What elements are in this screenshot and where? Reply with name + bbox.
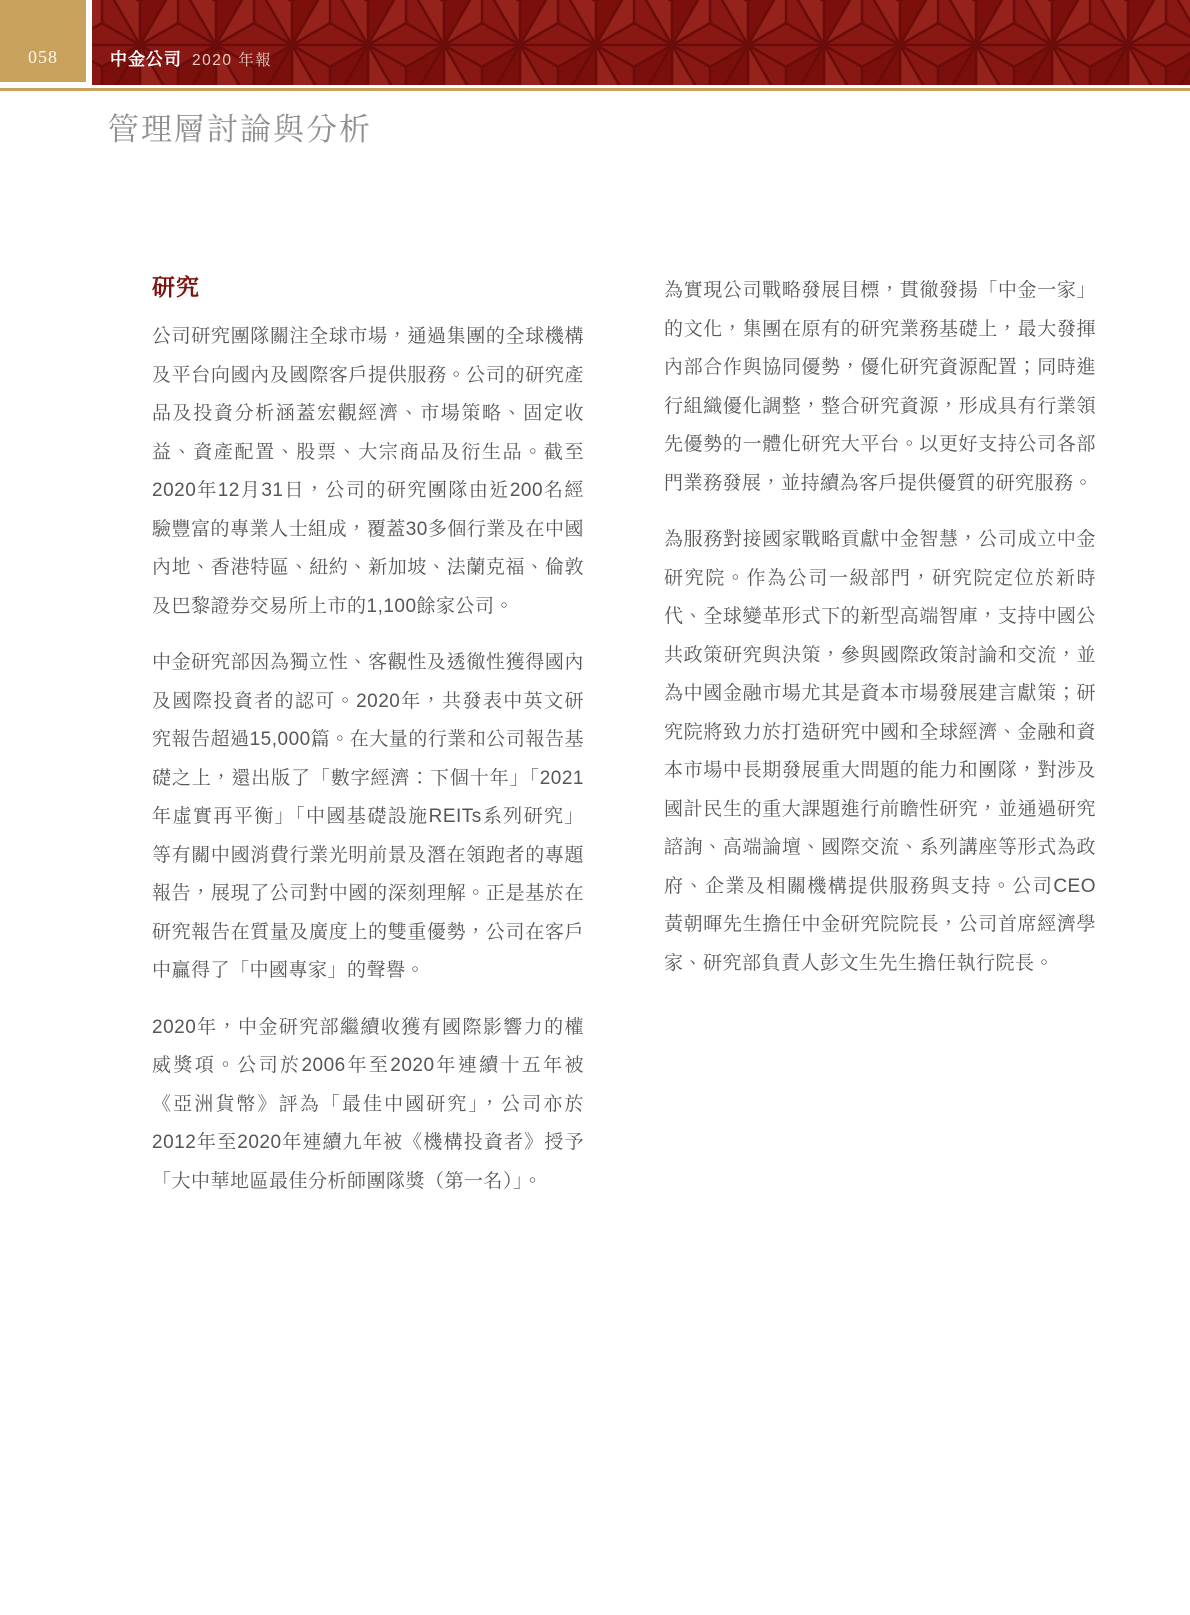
left-column: 研究 公司研究團隊關注全球市場，通過集團的全球機構及平台向國內及國際客戶提供服務… (152, 272, 584, 1219)
body-paragraph: 為服務對接國家戰略貢獻中金智慧，公司成立中金研究院。作為公司一級部門，研究院定位… (664, 521, 1096, 983)
right-column: 為實現公司戰略發展目標，貫徹發揚「中金一家」的文化，集團在原有的研究業務基礎上，… (664, 272, 1096, 1001)
header-band: 中金公司2020 年報 (92, 0, 1190, 85)
annual-report-page: 058 (0, 0, 1190, 1615)
section-heading-research: 研究 (152, 272, 584, 302)
body-paragraph: 2020年，中金研究部繼續收獲有國際影響力的權威獎項。公司於2006年至2020… (152, 1009, 584, 1202)
page-title: 管理層討論與分析 (108, 104, 372, 149)
header-band-label: 中金公司2020 年報 (110, 45, 272, 70)
header-divider (0, 88, 1190, 91)
asanoha-pattern-icon (92, 0, 1190, 85)
page-number: 058 (28, 47, 58, 68)
body-paragraph: 為實現公司戰略發展目標，貫徹發揚「中金一家」的文化，集團在原有的研究業務基礎上，… (664, 272, 1096, 503)
body-paragraph: 中金研究部因為獨立性、客觀性及透徹性獲得國內及國際投資者的認可。2020年，共發… (152, 644, 584, 991)
company-name: 中金公司 (110, 50, 182, 69)
report-year: 2020 年報 (192, 52, 272, 69)
body-paragraph: 公司研究團隊關注全球市場，通過集團的全球機構及平台向國內及國際客戶提供服務。公司… (152, 318, 584, 626)
page-number-block: 058 (0, 0, 86, 82)
